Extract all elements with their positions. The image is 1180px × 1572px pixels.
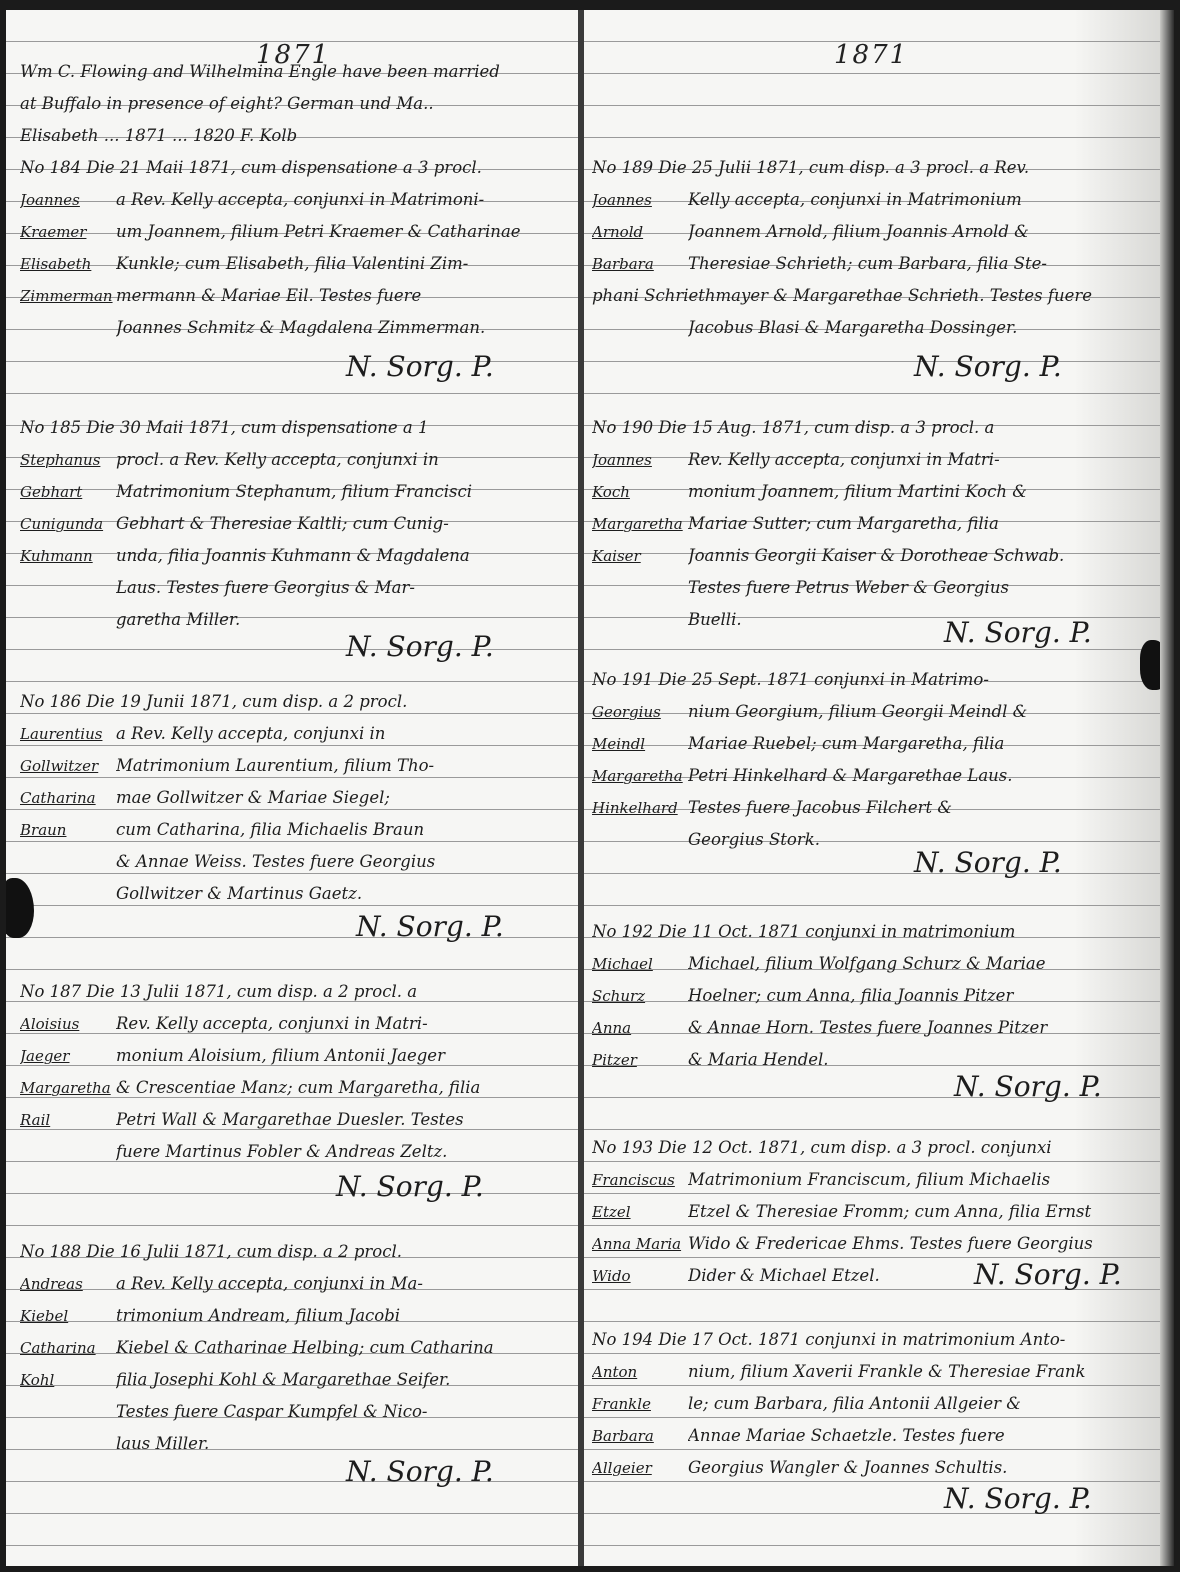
margin-name: Catharina <box>20 789 116 810</box>
right-page: 1871 No 189 Die 25 Julii 1871, cum disp.… <box>584 10 1160 1566</box>
margin-name <box>20 871 116 874</box>
entry-text: unda, filia Joannis Kuhmann & Magdalena <box>116 546 570 568</box>
margin-name: Margaretha <box>592 515 688 536</box>
priest-signature: N. Sorg. P. <box>346 630 494 663</box>
entry-text: Annae Mariae Schaetzle. Testes fuere <box>688 1426 1152 1448</box>
entry-text: Kunkle; cum Elisabeth, filia Valentini Z… <box>116 254 570 276</box>
header-note-line: at Buffalo in presence of eight? German … <box>20 94 570 116</box>
entry-text: Rev. Kelly accepta, conjunxi in Matri- <box>116 1014 570 1036</box>
margin-name: Kaiser <box>592 547 688 568</box>
priest-signature: N. Sorg. P. <box>974 1258 1122 1291</box>
entry-text: Testes fuere Jacobus Filchert & <box>688 798 1152 820</box>
marriage-entry-189: No 189 Die 25 Julii 1871, cum disp. a 3 … <box>592 148 1152 340</box>
entry-text: mermann & Mariae Eil. Testes fuere <box>116 286 570 308</box>
entry-text: Petri Hinkelhard & Margarethae Laus. <box>688 766 1152 788</box>
margin-name: Koch <box>592 483 688 504</box>
entry-text: Rev. Kelly accepta, conjunxi in Matri- <box>688 450 1152 472</box>
margin-name <box>20 903 116 906</box>
scan-right-edge <box>1160 10 1174 1566</box>
entry-text: No 193 Die 12 Oct. 1871, cum disp. a 3 p… <box>592 1138 1152 1160</box>
entry-text: Hoelner; cum Anna, filia Joannis Pitzer <box>688 986 1152 1008</box>
entry-text: Laus. Testes fuere Georgius & Mar- <box>116 578 570 600</box>
entry-text: Wido & Fredericae Ehms. Testes fuere Geo… <box>688 1234 1152 1256</box>
entry-text: nium Georgium, filium Georgii Meindl & <box>688 702 1152 724</box>
margin-name <box>592 597 688 600</box>
entry-text: Georgius Wangler & Joannes Schultis. <box>688 1458 1152 1480</box>
entry-text: a Rev. Kelly accepta, conjunxi in <box>116 724 570 746</box>
entry-text: fuere Martinus Fobler & Andreas Zeltz. <box>116 1142 570 1164</box>
entry-text: Testes fuere Caspar Kumpfel & Nico- <box>116 1402 570 1424</box>
margin-name <box>20 1453 116 1456</box>
entry-text: No 189 Die 25 Julii 1871, cum disp. a 3 … <box>592 158 1152 180</box>
entry-text: Etzel & Theresiae Fromm; cum Anna, filia… <box>688 1202 1152 1224</box>
entry-text: Mariae Ruebel; cum Margaretha, filia <box>688 734 1152 756</box>
margin-name <box>592 849 688 852</box>
entry-text: Joannis Georgii Kaiser & Dorotheae Schwa… <box>688 546 1152 568</box>
entry-text: No 190 Die 15 Aug. 1871, cum disp. a 3 p… <box>592 418 1152 440</box>
margin-name: Georgius <box>592 703 688 724</box>
entry-text: Matrimonium Franciscum, filium Michaelis <box>688 1170 1152 1192</box>
entry-text: No 188 Die 16 Julii 1871, cum disp. a 2 … <box>20 1242 570 1264</box>
margin-name: Pitzer <box>592 1051 688 1072</box>
margin-name: Laurentius <box>20 725 116 746</box>
entry-text: procl. a Rev. Kelly accepta, conjunxi in <box>116 450 570 472</box>
margin-name: Frankle <box>592 1395 688 1416</box>
marriage-entry-185: No 185 Die 30 Maii 1871, cum dispensatio… <box>20 408 570 632</box>
margin-name: Kohl <box>20 1371 116 1392</box>
entry-text: No 191 Die 25 Sept. 1871 conjunxi in Mat… <box>592 670 1152 692</box>
entry-text: Mariae Sutter; cum Margaretha, filia <box>688 514 1152 536</box>
margin-name: Kuhmann <box>20 547 116 568</box>
margin-name <box>20 337 116 340</box>
entry-text: a Rev. Kelly accepta, conjunxi in Matrim… <box>116 190 570 212</box>
entry-text: cum Catharina, filia Michaelis Braun <box>116 820 570 842</box>
entry-text: Kiebel & Catharinae Helbing; cum Cathari… <box>116 1338 570 1360</box>
entry-text: garetha Miller. <box>116 610 570 632</box>
header-note-line: Wm C. Flowing and Wilhelmina Engle have … <box>20 62 570 84</box>
margin-name: Anna <box>592 1019 688 1040</box>
margin-name <box>592 629 688 632</box>
entry-text: Matrimonium Stephanum, filium Francisci <box>116 482 570 504</box>
entry-text: nium, filium Xaverii Frankle & Theresiae… <box>688 1362 1152 1384</box>
margin-name: Anna Maria <box>592 1235 688 1256</box>
margin-name: Joannes <box>592 451 688 472</box>
entry-text: & Annae Weiss. Testes fuere Georgius <box>116 852 570 874</box>
margin-name: Schurz <box>592 987 688 1008</box>
margin-name: Kiebel <box>20 1307 116 1328</box>
margin-name: Margaretha <box>20 1079 116 1100</box>
margin-name: Barbara <box>592 1427 688 1448</box>
entry-text: & Crescentiae Manz; cum Margaretha, fili… <box>116 1078 570 1100</box>
marriage-entry-187: No 187 Die 13 Julii 1871, cum disp. a 2 … <box>20 972 570 1164</box>
priest-signature: N. Sorg. P. <box>356 910 504 943</box>
entry-text: & Maria Hendel. <box>688 1050 1152 1072</box>
margin-name: Arnold <box>592 223 688 244</box>
entry-text: trimonium Andream, filium Jacobi <box>116 1306 570 1328</box>
register-sheet: 1871 Wm C. Flowing and Wilhelmina Engle … <box>6 10 1174 1566</box>
header-note-line: Elisabeth ... 1871 ... 1820 F. Kolb <box>20 126 570 148</box>
entry-text: le; cum Barbara, filia Antonii Allgeier … <box>688 1394 1152 1416</box>
entry-text: No 187 Die 13 Julii 1871, cum disp. a 2 … <box>20 982 570 1004</box>
entry-text: Petri Wall & Margarethae Duesler. Testes <box>116 1110 570 1132</box>
margin-name: Joannes <box>592 191 688 212</box>
entry-text: Theresiae Schrieth; cum Barbara, filia S… <box>688 254 1152 276</box>
entry-text: Jacobus Blasi & Margaretha Dossinger. <box>688 318 1152 340</box>
entry-text: No 194 Die 17 Oct. 1871 conjunxi in matr… <box>592 1330 1152 1352</box>
entry-text: phani Schriethmayer & Margarethae Schrie… <box>592 286 1152 308</box>
entry-text: Matrimonium Laurentium, filium Tho- <box>116 756 570 778</box>
entry-text: um Joannem, filium Petri Kraemer & Catha… <box>116 222 570 244</box>
margin-name: Zimmerman <box>20 287 116 308</box>
margin-name <box>20 1421 116 1424</box>
margin-name: Catharina <box>20 1339 116 1360</box>
entry-text: No 184 Die 21 Maii 1871, cum dispensatio… <box>20 158 570 180</box>
priest-signature: N. Sorg. P. <box>914 846 1062 879</box>
margin-name: Franciscus <box>592 1171 688 1192</box>
entry-text: Michael, filium Wolfgang Schurz & Mariae <box>688 954 1152 976</box>
marriage-entry-188: No 188 Die 16 Julii 1871, cum disp. a 2 … <box>20 1232 570 1456</box>
margin-name: Margaretha <box>592 767 688 788</box>
margin-name <box>20 629 116 632</box>
entry-text: Joannem Arnold, filium Joannis Arnold & <box>688 222 1152 244</box>
margin-name <box>20 1161 116 1164</box>
marriage-entry-191: No 191 Die 25 Sept. 1871 conjunxi in Mat… <box>592 660 1152 852</box>
margin-name: Gebhart <box>20 483 116 504</box>
entry-text: No 192 Die 11 Oct. 1871 conjunxi in matr… <box>592 922 1152 944</box>
margin-name: Rail <box>20 1111 116 1132</box>
margin-name: Meindl <box>592 735 688 756</box>
margin-name: Stephanus <box>20 451 116 472</box>
entry-text: monium Aloisium, filium Antonii Jaeger <box>116 1046 570 1068</box>
margin-name: Cunigunda <box>20 515 116 536</box>
priest-signature: N. Sorg. P. <box>914 350 1062 383</box>
margin-name: Braun <box>20 821 116 842</box>
margin-name: Anton <box>592 1363 688 1384</box>
margin-name: Hinkelhard <box>592 799 688 820</box>
entry-text: No 186 Die 19 Junii 1871, cum disp. a 2 … <box>20 692 570 714</box>
page-year: 1871 <box>834 40 908 70</box>
margin-name: Kraemer <box>20 223 116 244</box>
left-page: 1871 Wm C. Flowing and Wilhelmina Engle … <box>6 10 578 1566</box>
margin-name: Elisabeth <box>20 255 116 276</box>
priest-signature: N. Sorg. P. <box>346 350 494 383</box>
entry-text: Joannes Schmitz & Magdalena Zimmerman. <box>116 318 570 340</box>
entry-text: Testes fuere Petrus Weber & Georgius <box>688 578 1152 600</box>
entry-text: mae Gollwitzer & Mariae Siegel; <box>116 788 570 810</box>
margin-name: Aloisius <box>20 1015 116 1036</box>
margin-name: Andreas <box>20 1275 116 1296</box>
scan-clip-shadow <box>1140 640 1160 690</box>
entry-text: & Annae Horn. Testes fuere Joannes Pitze… <box>688 1018 1152 1040</box>
marriage-entry-192: No 192 Die 11 Oct. 1871 conjunxi in matr… <box>592 912 1152 1072</box>
entry-text: a Rev. Kelly accepta, conjunxi in Ma- <box>116 1274 570 1296</box>
entry-text: Kelly accepta, conjunxi in Matrimonium <box>688 190 1152 212</box>
margin-name: Michael <box>592 955 688 976</box>
margin-name <box>20 597 116 600</box>
marriage-entry-186: No 186 Die 19 Junii 1871, cum disp. a 2 … <box>20 682 570 906</box>
entry-text: monium Joannem, filium Martini Koch & <box>688 482 1152 504</box>
priest-signature: N. Sorg. P. <box>944 616 1092 649</box>
priest-signature: N. Sorg. P. <box>954 1070 1102 1103</box>
margin-name: Joannes <box>20 191 116 212</box>
priest-signature: N. Sorg. P. <box>346 1455 494 1488</box>
entry-text: filia Josephi Kohl & Margarethae Seifer. <box>116 1370 570 1392</box>
priest-signature: N. Sorg. P. <box>336 1170 484 1203</box>
margin-name: Etzel <box>592 1203 688 1224</box>
entry-text: laus Miller. <box>116 1434 570 1456</box>
entry-text: No 185 Die 30 Maii 1871, cum dispensatio… <box>20 418 570 440</box>
entry-text: Gebhart & Theresiae Kaltli; cum Cunig- <box>116 514 570 536</box>
marriage-entry-184: No 184 Die 21 Maii 1871, cum dispensatio… <box>20 148 570 340</box>
margin-name: Allgeier <box>592 1459 688 1480</box>
margin-name <box>592 337 688 340</box>
priest-signature: N. Sorg. P. <box>944 1482 1092 1515</box>
entry-text: Gollwitzer & Martinus Gaetz. <box>116 884 570 906</box>
margin-name: Gollwitzer <box>20 757 116 778</box>
margin-name: Jaeger <box>20 1047 116 1068</box>
marriage-entry-190: No 190 Die 15 Aug. 1871, cum disp. a 3 p… <box>592 408 1152 632</box>
header-note: Wm C. Flowing and Wilhelmina Engle have … <box>20 52 570 148</box>
margin-name: Wido <box>592 1267 688 1288</box>
marriage-entry-194: No 194 Die 17 Oct. 1871 conjunxi in matr… <box>592 1320 1152 1480</box>
margin-name: Barbara <box>592 255 688 276</box>
